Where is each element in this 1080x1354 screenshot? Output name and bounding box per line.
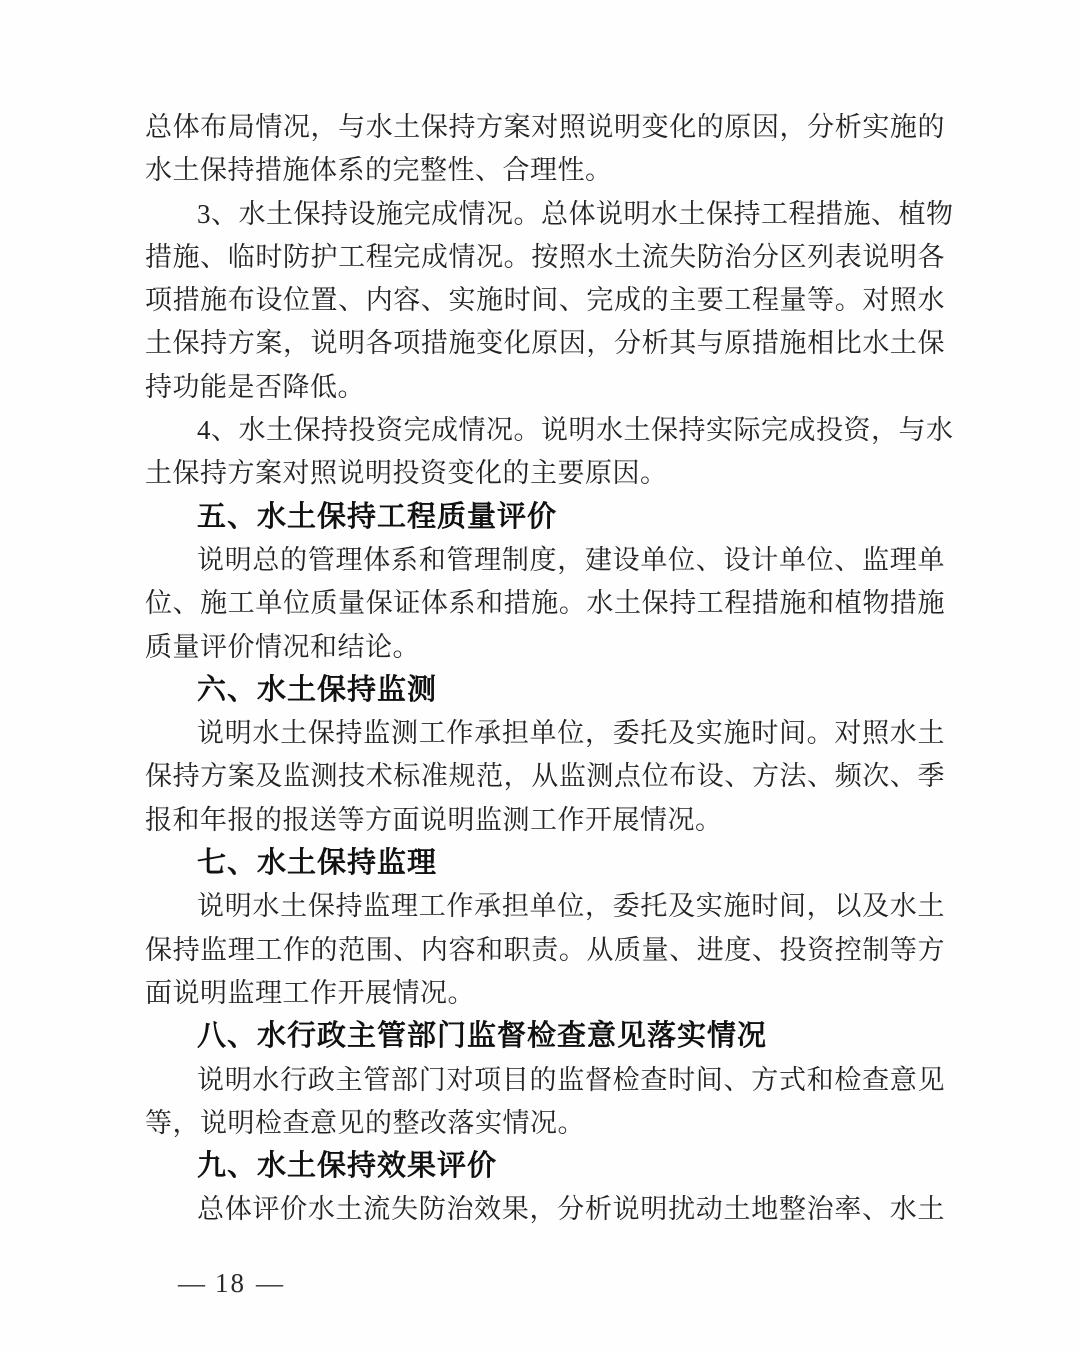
text-line: 位、施工单位质量保证体系和措施。水土保持工程措施和植物措施 [145,582,945,625]
heading-line: 八、水行政主管部门监督检查意见落实情况 [145,1015,945,1058]
text-line: 说明水土保持监测工作承担单位，委托及实施时间。对照水土 [145,712,945,755]
page-number-dash-right: — [246,1268,293,1298]
content-blocks: 总体布局情况，与水土保持方案对照说明变化的原因，分析实施的水土保持措施体系的完整… [145,106,945,1232]
section-heading: 六、水土保持监测 [145,669,945,712]
text-line: 说明水土保持监理工作承担单位，委托及实施时间，以及水土 [145,885,945,928]
text-line: 持功能是否降低。 [145,366,945,409]
section-heading: 九、水土保持效果评价 [145,1145,945,1188]
heading-line: 七、水土保持监理 [145,842,945,885]
paragraph: 说明水土保持监测工作承担单位，委托及实施时间。对照水土保持方案及监测技术标准规范… [145,712,945,842]
text-line: 项措施布设位置、内容、实施时间、完成的主要工程量等。对照水 [145,279,945,322]
text-line: 质量评价情况和结论。 [145,626,945,669]
paragraph: 说明水行政主管部门对项目的监督检查时间、方式和检查意见等，说明检查意见的整改落实… [145,1059,945,1146]
text-line: 总体评价水土流失防治效果，分析说明扰动土地整治率、水土 [145,1188,945,1231]
text-line: 4、水土保持投资完成情况。说明水土保持实际完成投资，与水 [145,409,945,452]
page-number: 18 [215,1268,246,1298]
footer: —18— [168,1262,293,1305]
text-line: 措施、临时防护工程完成情况。按照水土流失防治分区列表说明各 [145,236,945,279]
section-heading: 五、水土保持工程质量评价 [145,496,945,539]
page-number-dash-left: — [168,1268,215,1298]
paragraph: 说明水土保持监理工作承担单位，委托及实施时间，以及水土保持监理工作的范围、内容和… [145,885,945,1015]
section-heading: 八、水行政主管部门监督检查意见落实情况 [145,1015,945,1058]
document-page: 总体布局情况，与水土保持方案对照说明变化的原因，分析实施的水土保持措施体系的完整… [0,0,1080,1354]
text-line: 面说明监理工作开展情况。 [145,972,945,1015]
text-line: 土保持方案，说明各项措施变化原因，分析其与原措施相比水土保 [145,322,945,365]
text-line: 土保持方案对照说明投资变化的主要原因。 [145,452,945,495]
section-heading: 七、水土保持监理 [145,842,945,885]
heading-line: 六、水土保持监测 [145,669,945,712]
paragraph: 说明总的管理体系和管理制度，建设单位、设计单位、监理单位、施工单位质量保证体系和… [145,539,945,669]
heading-line: 五、水土保持工程质量评价 [145,496,945,539]
text-line: 水土保持措施体系的完整性、合理性。 [145,149,945,192]
text-line: 说明总的管理体系和管理制度，建设单位、设计单位、监理单 [145,539,945,582]
text-line: 说明水行政主管部门对项目的监督检查时间、方式和检查意见 [145,1059,945,1102]
text-line: 报和年报的报送等方面说明监测工作开展情况。 [145,799,945,842]
text-line: 总体布局情况，与水土保持方案对照说明变化的原因，分析实施的 [145,106,945,149]
paragraph: 总体布局情况，与水土保持方案对照说明变化的原因，分析实施的水土保持措施体系的完整… [145,106,945,193]
text-line: 等，说明检查意见的整改落实情况。 [145,1102,945,1145]
paragraph: 总体评价水土流失防治效果，分析说明扰动土地整治率、水土 [145,1188,945,1231]
heading-line: 九、水土保持效果评价 [145,1145,945,1188]
paragraph: 3、水土保持设施完成情况。总体说明水土保持工程措施、植物措施、临时防护工程完成情… [145,193,945,409]
paragraph: 4、水土保持投资完成情况。说明水土保持实际完成投资，与水土保持方案对照说明投资变… [145,409,945,496]
text-line: 3、水土保持设施完成情况。总体说明水土保持工程措施、植物 [145,193,945,236]
text-line: 保持方案及监测技术标准规范，从监测点位布设、方法、频次、季 [145,755,945,798]
text-line: 保持监理工作的范围、内容和职责。从质量、进度、投资控制等方 [145,929,945,972]
